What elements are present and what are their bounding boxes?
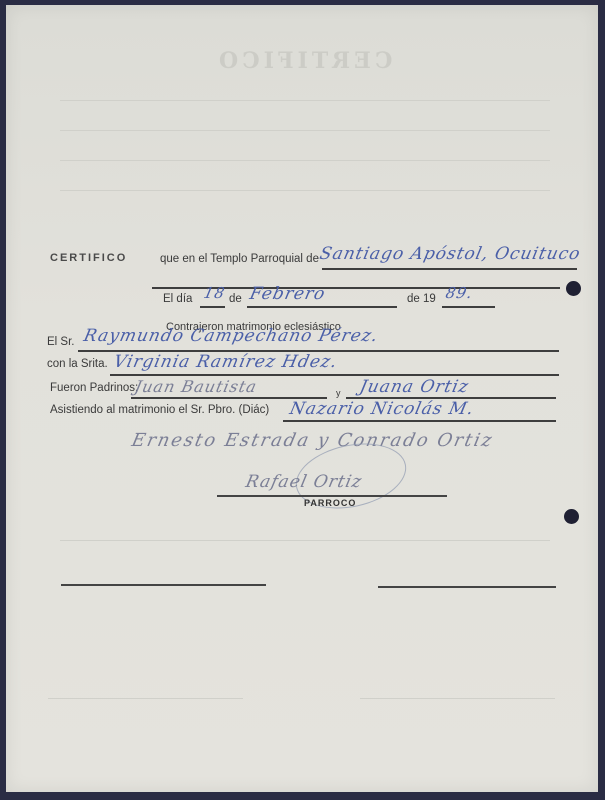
bleed-through-line (60, 130, 550, 131)
godparents-label: Fueron Padrinos: (50, 382, 138, 394)
witnesses-value: Ernesto Estrada y Conrado Ortiz (130, 430, 496, 451)
parroco-signature: Rafael Ortiz (244, 472, 364, 492)
bleed-through-line (60, 160, 550, 161)
certifico-heading: CERTIFICO (50, 252, 127, 264)
punch-hole-bottom (564, 509, 579, 524)
priest-line (283, 420, 556, 422)
temple-value: Santiago Apóstol, Ocuituco (318, 244, 583, 264)
bottom-signature-line-right (378, 586, 556, 588)
priest-value: Nazario Nicolás M. (288, 399, 476, 419)
year-line (442, 306, 495, 308)
day-label: El día (163, 293, 192, 305)
bleed-through-line (48, 698, 243, 699)
day-line (200, 306, 225, 308)
month-line (247, 306, 397, 308)
month-label: de (229, 293, 242, 305)
bottom-signature-line-left (61, 584, 266, 586)
bride-label: con la Srita. (47, 358, 108, 370)
bride-line (110, 374, 559, 376)
month-value: Febrero (248, 284, 328, 304)
year-value: 89. (444, 284, 475, 302)
priest-label: Asistiendo al matrimonio el Sr. Pbro. (D… (50, 404, 269, 416)
bleed-through-line (60, 190, 550, 191)
year-label: de 19 (407, 293, 436, 305)
bride-value: Virginia Ramírez Hdez. (112, 352, 340, 372)
groom-label: El Sr. (47, 336, 74, 348)
godparents-and: y (336, 388, 341, 398)
bleed-through-line (60, 100, 550, 101)
godparent-1-value: Juan Bautista (133, 377, 259, 396)
bleed-through-line (60, 540, 550, 541)
temple-line (322, 268, 577, 270)
godparent-2-value: Juana Ortiz (358, 377, 471, 397)
parroco-label: PARROCO (304, 498, 356, 508)
signature-line (217, 495, 447, 497)
punch-hole-top (566, 281, 581, 296)
temple-label: que en el Templo Parroquial de (160, 253, 319, 265)
bleed-through-title: CERTIFICO (215, 48, 392, 74)
groom-value: Raymundo Campechano Pérez. (82, 326, 380, 346)
bleed-through-line (360, 698, 555, 699)
day-value: 18 (202, 284, 227, 302)
